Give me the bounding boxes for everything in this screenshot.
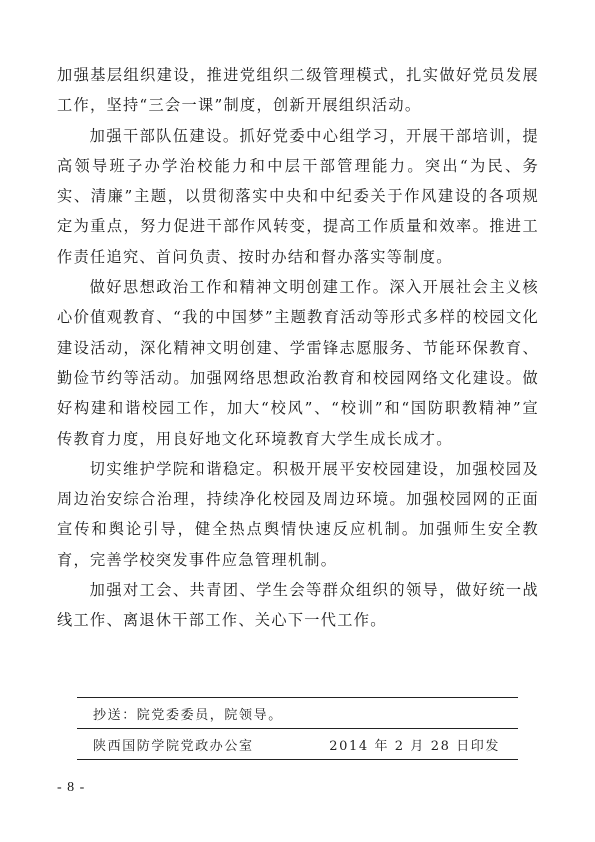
- paragraph-campus-stability: 切实维护学院和谐稳定。积极开展平安校园建设，加强校园及周边治安综合治理，持续净化…: [57, 454, 539, 575]
- document-body: 加强基层组织建设，推进党组织二级管理模式，扎实做好党员发展工作，坚持“三会一课”…: [57, 60, 539, 636]
- paragraph-party-organization: 加强基层组织建设，推进党组织二级管理模式，扎实做好党员发展工作，坚持“三会一课”…: [57, 60, 539, 121]
- paragraph-mass-organizations: 加强对工会、共青团、学生会等群众组织的领导，做好统一战线工作、离退休干部工作、关…: [57, 575, 539, 636]
- issuer-name: 陕西国防学院党政办公室: [93, 735, 254, 754]
- issuer-row: 陕西国防学院党政办公室 2014 年 2 月 28 日印发: [77, 729, 518, 759]
- footer-bottom-rule: [77, 759, 518, 760]
- paragraph-ideological-work: 做好思想政治工作和精神文明创建工作。深入开展社会主义核心价值观教育、“我的中国梦…: [57, 272, 539, 454]
- document-footer: 抄送：院党委委员，院领导。 陕西国防学院党政办公室 2014 年 2 月 28 …: [77, 697, 518, 760]
- page-number: - 8 -: [57, 780, 85, 796]
- cc-row: 抄送：院党委委员，院领导。: [77, 698, 518, 728]
- paragraph-cadre-team: 加强干部队伍建设。抓好党委中心组学习，开展干部培训，提高领导班子办学治校能力和中…: [57, 121, 539, 272]
- cc-line: 抄送：院党委委员，院领导。: [93, 704, 283, 723]
- issue-date: 2014 年 2 月 28 日印发: [329, 735, 500, 754]
